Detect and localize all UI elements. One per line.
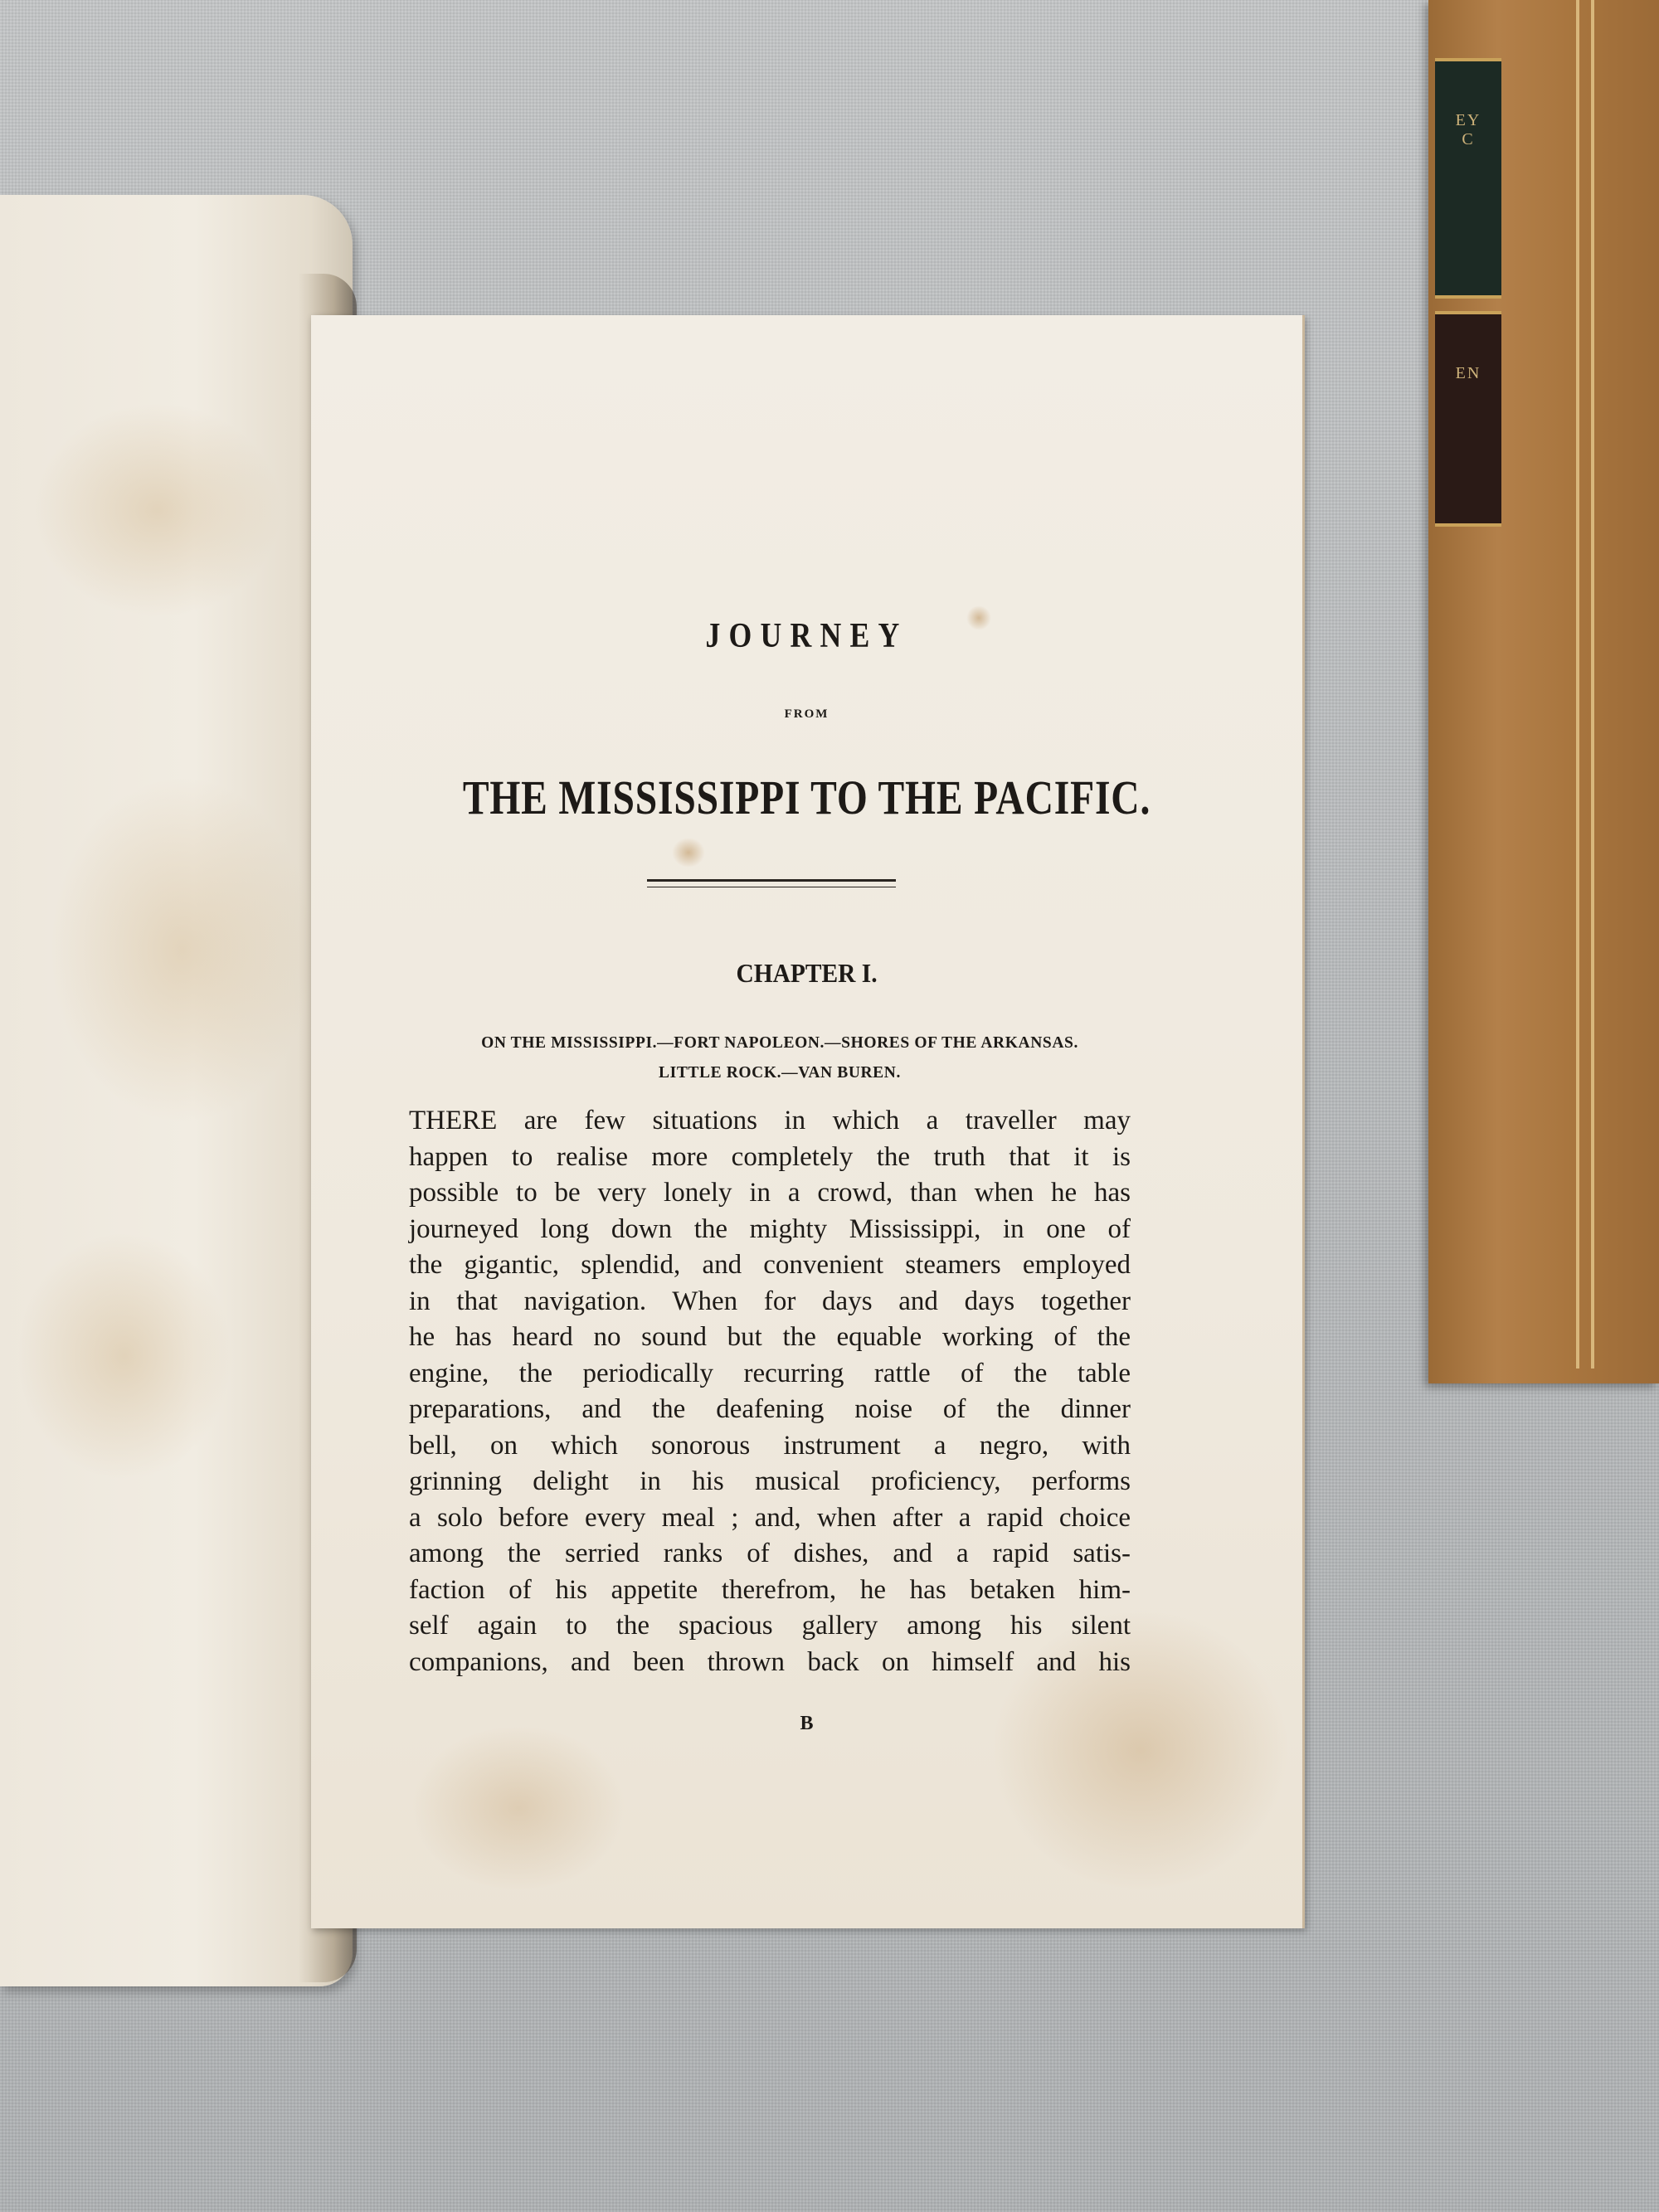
title-rule-divider <box>647 879 896 887</box>
body-line: the gigantic, splendid, and convenient s… <box>409 1247 1131 1284</box>
chapter-summary-line: LITTLE ROCK.—VAN BUREN. <box>361 1058 1199 1088</box>
foxing-stain <box>50 775 315 1124</box>
spine-title-label: EY C <box>1435 58 1501 299</box>
chapter-summary: ON THE MISSISSIPPI.—FORT NAPOLEON.—SHORE… <box>361 1028 1199 1088</box>
foxing-stain <box>411 1725 626 1891</box>
gilt-line <box>1591 0 1594 1369</box>
body-paragraph: THERE are few situations in which a trav… <box>409 1103 1131 1680</box>
body-line: bell, on which sonorous instrument a neg… <box>409 1428 1131 1465</box>
body-line: engine, the periodically recurring rattl… <box>409 1356 1131 1393</box>
body-line: a solo before every meal ; and, when aft… <box>409 1500 1131 1537</box>
gilt-line <box>1576 0 1579 1369</box>
foxing-stain <box>17 1232 232 1480</box>
body-line: self again to the spacious gallery among… <box>409 1608 1131 1645</box>
foxing-stain <box>33 402 282 618</box>
body-line: happen to realise more completely the tr… <box>409 1140 1131 1176</box>
body-line: journeyed long down the mighty Mississip… <box>409 1212 1131 1248</box>
foxing-stain <box>672 838 705 868</box>
body-line: grinning delight in his musical proficie… <box>409 1464 1131 1500</box>
body-line: preparations, and the deafening noise of… <box>409 1392 1131 1428</box>
body-line: THERE are few situations in which a trav… <box>409 1103 1131 1140</box>
body-line: companions, and been thrown back on hims… <box>409 1645 1131 1681</box>
chapter-summary-line: ON THE MISSISSIPPI.—FORT NAPOLEON.—SHORE… <box>361 1028 1199 1058</box>
right-page: JOURNEY FROM THE MISSISSIPPI TO THE PACI… <box>311 315 1305 1928</box>
title-main: THE MISSISSIPPI TO THE PACIFIC. <box>401 770 1214 825</box>
body-line: in that navigation. When for days and da… <box>409 1284 1131 1320</box>
body-line: among the serried ranks of dishes, and a… <box>409 1536 1131 1573</box>
chapter-heading: CHAPTER I. <box>351 958 1262 989</box>
signature-mark: B <box>311 1713 1302 1735</box>
body-line: faction of his appetite therefrom, he ha… <box>409 1573 1131 1609</box>
spine-author-label: EN <box>1435 311 1501 527</box>
body-line: he has heard no sound but the equable wo… <box>409 1320 1131 1356</box>
body-line: possible to be very lonely in a crowd, t… <box>409 1175 1131 1212</box>
title-from: FROM <box>311 707 1302 722</box>
leather-book-spine: EY C EN <box>1428 0 1659 1383</box>
title-journey: JOURNEY <box>386 616 1228 656</box>
